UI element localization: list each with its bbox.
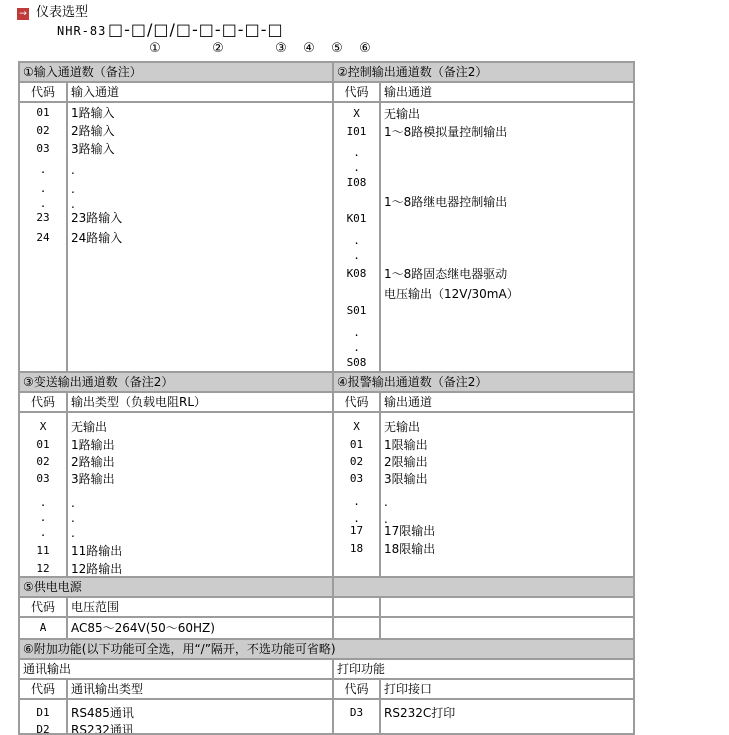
cell-text: . <box>384 495 388 509</box>
section-5-column-header-row: 代码 电压范围 <box>20 598 633 618</box>
print-desc-header: 打印接口 <box>381 680 633 698</box>
cell-text: I08 <box>334 176 379 190</box>
section-1-2-header-row: ①输入通道数（备注） ②控制输出通道数（备注2） <box>20 63 633 83</box>
cell-text: 3限输出 <box>384 472 428 486</box>
comm-desc-header: 通讯输出类型 <box>68 680 334 698</box>
cell-text: 18限输出 <box>384 542 435 556</box>
s3-code-header: 代码 <box>20 393 68 411</box>
marker-6: ⑥ <box>357 41 373 56</box>
section-6-body: D1 D2 RS485通讯 RS232通讯 D3 RS232C打印 <box>20 700 633 735</box>
cell-text: 11路输出 <box>71 544 122 558</box>
cell-text: 3路输出 <box>71 472 115 486</box>
s5-row-desc: AC85～264V(50～60HZ) <box>68 618 334 638</box>
s5-right-empty-desc <box>381 598 633 616</box>
s2-desc-column: 无输出 1～8路模拟量控制输出 1～8路继电器控制输出 1～8路固态继电器驱动 … <box>381 103 633 371</box>
red-arrow-icon: → <box>17 8 29 20</box>
cell-text: 23路输入 <box>71 211 122 225</box>
cell-text: . <box>20 526 66 540</box>
print-function-title: 打印功能 <box>334 660 633 678</box>
cell-text: 2路输出 <box>71 455 115 469</box>
cell-text: 无输出 <box>71 420 107 434</box>
cell-text: D1 <box>20 706 66 720</box>
section-3-4-header-row: ③变送输出通道数（备注2） ④报警输出通道数（备注2） <box>20 373 633 393</box>
cell-text: 18 <box>334 542 379 556</box>
s2-desc-header: 输出通道 <box>381 83 633 101</box>
cell-text: 无输出 <box>384 420 420 434</box>
cell-text: . <box>71 163 75 177</box>
marker-1: ① <box>147 41 163 56</box>
s4-code-column: X 01 02 03 . . 17 18 <box>334 413 381 576</box>
s4-code-header: 代码 <box>334 393 381 411</box>
cell-text: RS485通讯 <box>71 706 134 720</box>
cell-text: 02 <box>20 124 66 138</box>
section-3-title: ③变送输出通道数（备注2） <box>20 373 334 391</box>
page-title: 仪表选型 <box>36 4 88 22</box>
cell-text: . <box>20 496 66 510</box>
cell-text: 2限输出 <box>384 455 428 469</box>
cell-text: K01 <box>334 212 379 226</box>
section-2-title: ②控制输出通道数（备注2） <box>334 63 633 81</box>
cell-text: X <box>334 107 379 121</box>
cell-text: 03 <box>334 472 379 486</box>
section-1-2-body: 01 02 03 . . . 23 24 1路输入 2路输入 3路输入 . . … <box>20 103 633 373</box>
cell-text: . <box>71 511 75 525</box>
cell-text: RS232C打印 <box>384 706 455 720</box>
comm-code-column: D1 D2 <box>20 700 68 733</box>
cell-text: S08 <box>334 356 379 370</box>
cell-text: 1路输出 <box>71 438 115 452</box>
cell-text: 03 <box>20 142 66 156</box>
print-desc-column: RS232C打印 <box>381 700 633 733</box>
s2-code-column: X I01 . . I08 K01 . . K08 S01 . . S08 <box>334 103 381 371</box>
s5-right-empty-desc-2 <box>381 618 633 638</box>
cell-text: 17限输出 <box>384 524 435 538</box>
marker-4: ④ <box>301 41 317 56</box>
cell-text: . <box>334 495 379 509</box>
s1-desc-column: 1路输入 2路输入 3路输入 . . . 23路输入 24路输入 <box>68 103 334 371</box>
cell-text: . <box>334 234 379 248</box>
cell-text: D3 <box>334 706 379 720</box>
cell-text: 1限输出 <box>384 438 428 452</box>
cell-text: 1～8路固态继电器驱动 <box>384 267 507 281</box>
print-code-header: 代码 <box>334 680 381 698</box>
comm-output-title: 通讯输出 <box>20 660 334 678</box>
s1-code-column: 01 02 03 . . . 23 24 <box>20 103 68 371</box>
cell-text: 02 <box>20 455 66 469</box>
cell-text: 17 <box>334 524 379 538</box>
cell-text: 1路输入 <box>71 106 115 120</box>
s3-code-column: X 01 02 03 . . . 11 12 <box>20 413 68 576</box>
cell-text: . <box>334 161 379 175</box>
marker-5: ⑤ <box>329 41 345 56</box>
cell-text: . <box>334 326 379 340</box>
s3-desc-header: 输出类型（负载电阻RL） <box>68 393 334 411</box>
cell-text: . <box>334 341 379 355</box>
cell-text: . <box>20 197 66 211</box>
section-5-title: ⑤供电电源 <box>20 578 334 596</box>
model-code-pattern: □-□/□/□-□-□-□-□ <box>108 20 284 39</box>
section-3-4-body: X 01 02 03 . . . 11 12 无输出 1路输出 2路输出 3路输… <box>20 413 633 578</box>
cell-text: . <box>71 526 75 540</box>
section-6-subheader-row: 通讯输出 打印功能 <box>20 660 633 680</box>
section-6-header-row: ⑥附加功能(以下功能可全选，用“/”隔开，不选功能可省略) <box>20 640 633 660</box>
cell-text: 01 <box>20 438 66 452</box>
cell-text: . <box>20 511 66 525</box>
cell-text: 02 <box>334 455 379 469</box>
cell-text: S01 <box>334 304 379 318</box>
section-4-title: ④报警输出通道数（备注2） <box>334 373 633 391</box>
comm-code-header: 代码 <box>20 680 68 698</box>
cell-text: 12路输出 <box>71 562 122 576</box>
section-6-title: ⑥附加功能(以下功能可全选，用“/”隔开，不选功能可省略) <box>20 640 633 658</box>
cell-text: . <box>334 249 379 263</box>
cell-text: . <box>20 182 66 196</box>
cell-text: 12 <box>20 562 66 576</box>
s4-desc-column: 无输出 1限输出 2限输出 3限输出 . . 17限输出 18限输出 <box>381 413 633 576</box>
cell-text: . <box>71 197 75 211</box>
cell-text: X <box>20 420 66 434</box>
cell-text: 2路输入 <box>71 124 115 138</box>
cell-text: RS232通讯 <box>71 723 134 733</box>
s3-desc-column: 无输出 1路输出 2路输出 3路输出 . . . 11路输出 12路输出 <box>68 413 334 576</box>
cell-text: 01 <box>334 438 379 452</box>
cell-text: 1～8路继电器控制输出 <box>384 195 507 209</box>
section-5-body: A AC85～264V(50～60HZ) <box>20 618 633 640</box>
cell-text: 3路输入 <box>71 142 115 156</box>
s1-code-header: 代码 <box>20 83 68 101</box>
section-5-header-row: ⑤供电电源 <box>20 578 633 598</box>
cell-text: 电压输出（12V/30mA） <box>384 287 519 301</box>
cell-text: D2 <box>20 723 66 733</box>
section-1-2-column-header-row: 代码 输入通道 代码 输出通道 <box>20 83 633 103</box>
s1-desc-header: 输入通道 <box>68 83 334 101</box>
marker-3: ③ <box>273 41 289 56</box>
page: → 仪表选型 NHR-83 □-□/□/□-□-□-□-□ ① ② ③ ④ ⑤ … <box>0 0 729 735</box>
cell-text: 1～8路模拟量控制输出 <box>384 125 507 139</box>
comm-desc-column: RS485通讯 RS232通讯 <box>68 700 334 733</box>
cell-text: K08 <box>334 267 379 281</box>
cell-text: 11 <box>20 544 66 558</box>
cell-text: I01 <box>334 125 379 139</box>
s5-right-empty-code-2 <box>334 618 381 638</box>
cell-text: . <box>334 146 379 160</box>
cell-text: 01 <box>20 106 66 120</box>
cell-text: 03 <box>20 472 66 486</box>
s4-desc-header: 输出通道 <box>381 393 633 411</box>
cell-text: X <box>334 420 379 434</box>
cell-text: 23 <box>20 211 66 225</box>
s5-code-header: 代码 <box>20 598 68 616</box>
cell-text: 24路输入 <box>71 231 122 245</box>
cell-text: 无输出 <box>384 107 420 121</box>
s5-desc-header: 电压范围 <box>68 598 334 616</box>
section-6-column-header-row: 代码 通讯输出类型 代码 打印接口 <box>20 680 633 700</box>
model-name: NHR-83 <box>57 24 106 38</box>
marker-2: ② <box>210 41 226 56</box>
print-code-column: D3 <box>334 700 381 733</box>
cell-text: . <box>71 182 75 196</box>
selection-table: ①输入通道数（备注） ②控制输出通道数（备注2） 代码 输入通道 代码 输出通道… <box>18 61 635 735</box>
cell-text: 24 <box>20 231 66 245</box>
section-3-4-column-header-row: 代码 输出类型（负载电阻RL） 代码 输出通道 <box>20 393 633 413</box>
cell-text: . <box>20 163 66 177</box>
section-1-title: ①输入通道数（备注） <box>20 63 334 81</box>
s5-row-code: A <box>20 618 68 638</box>
s2-code-header: 代码 <box>334 83 381 101</box>
cell-text: . <box>71 496 75 510</box>
s5-right-empty-code <box>334 598 381 616</box>
section-5-title-right-empty <box>334 578 633 596</box>
